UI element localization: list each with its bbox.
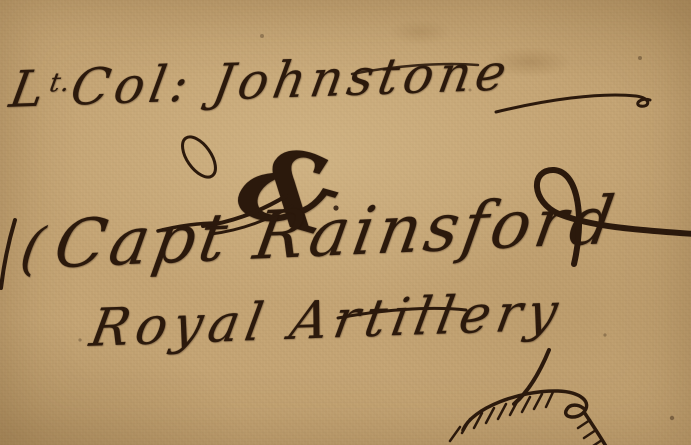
left-edge-stroke [1,220,15,288]
line-lt-col-johnstone: Lt.Col: Johnstone [6,46,515,116]
ink-speck [670,416,674,420]
ink-speck [603,333,606,336]
ampersand-loop [176,131,222,182]
ink-speck [260,34,264,38]
rank-abbrev-superscript-t: t. [47,68,73,99]
ink-speck [638,56,642,60]
rank-abbrev-l: L [6,59,54,119]
line-royal-artillery: Royal Artillery [86,285,568,356]
paraph-tail [584,412,607,445]
manuscript-page: Lt.Col: Johnstone & (Capt Rainsford Roya… [0,0,691,445]
artillery-y-descender [514,350,549,404]
name-johnstone: Col: Johnstone [66,43,515,117]
paraph-hatching [450,392,602,445]
stray-bracket-mark: ( [16,216,53,283]
johnstone-tail-flourish [496,95,650,112]
paraph-curve [463,391,587,430]
line-capt-rainsford: (Capt Rainsford [16,185,623,281]
ink-speck [78,338,81,341]
name-rainsford: Capt Rainsford [49,181,623,283]
